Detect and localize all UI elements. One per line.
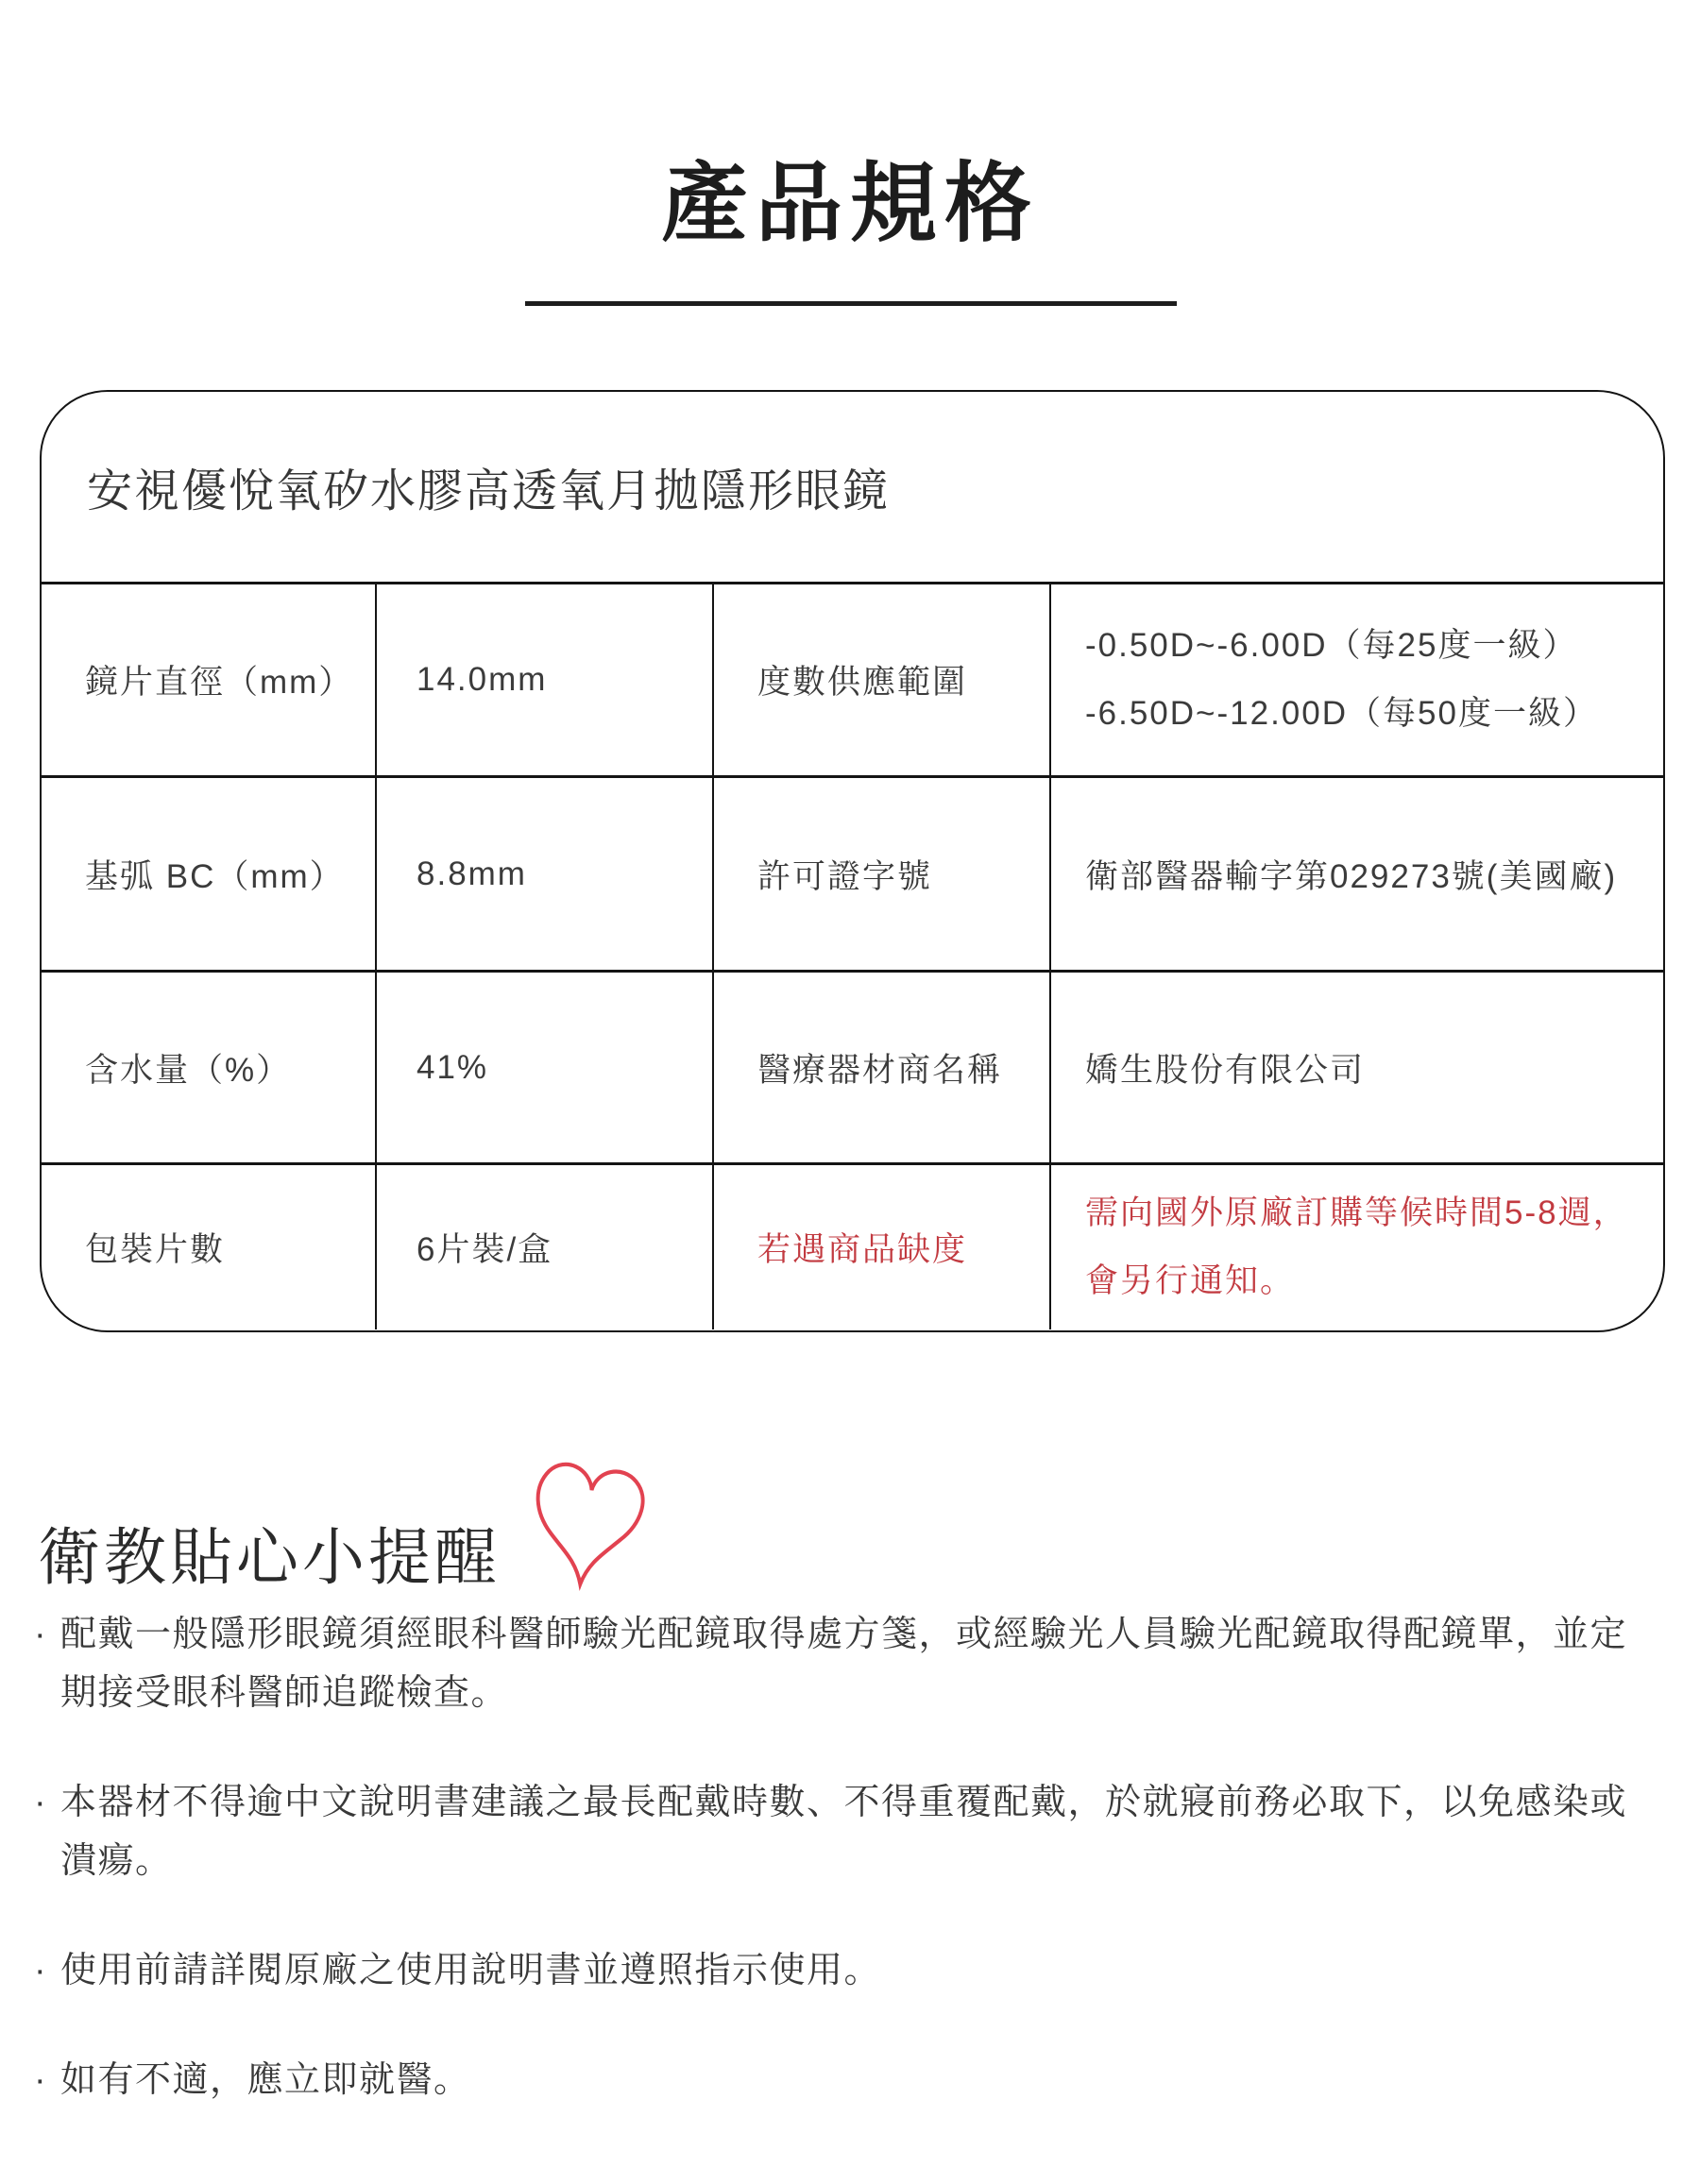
spec-value-power-range: -0.50D~-6.00D（每25度一級） -6.50D~-12.00D（每50… bbox=[1051, 584, 1663, 775]
product-spec-page: 產品規格 安視優悅氧矽水膠高透氧月拋隱形眼鏡 鏡片直徑（mm） 14.0mm 度… bbox=[0, 0, 1700, 2184]
tips-list: · 配戴一般隱形眼鏡須經眼科醫師驗光配鏡取得處方箋，或經驗光人員驗光配鏡取得配鏡… bbox=[34, 1605, 1640, 2160]
spec-table: 安視優悅氧矽水膠高透氧月拋隱形眼鏡 鏡片直徑（mm） 14.0mm 度數供應範圍… bbox=[40, 390, 1665, 1332]
list-item: · 本器材不得逾中文說明書建議之最長配戴時數、不得重覆配戴，於就寢前務必取下，以… bbox=[34, 1773, 1640, 1890]
power-range-line-1: -0.50D~-6.00D（每25度一級） bbox=[1085, 612, 1650, 680]
bullet-marker: · bbox=[34, 1773, 47, 1832]
spec-label-diameter: 鏡片直徑（mm） bbox=[42, 584, 377, 775]
list-item: · 配戴一般隱形眼鏡須經眼科醫師驗光配鏡取得處方箋，或經驗光人員驗光配鏡取得配鏡… bbox=[34, 1605, 1640, 1722]
spec-label-shortage: 若遇商品缺度 bbox=[714, 1165, 1051, 1329]
shortage-line-2: 會另行通知。 bbox=[1085, 1247, 1650, 1315]
spec-value-water-content: 41% bbox=[377, 973, 714, 1162]
tip-text-prescription: 配戴一般隱形眼鏡須經眼科醫師驗光配鏡取得處方箋，或經驗光人員驗光配鏡取得配鏡單，… bbox=[60, 1615, 1627, 1713]
bullet-marker: · bbox=[34, 2051, 47, 2109]
table-row: 基弧 BC（mm） 8.8mm 許可證字號 衛部醫器輸字第029273號(美國廠… bbox=[42, 778, 1663, 973]
spec-value-diameter: 14.0mm bbox=[377, 584, 714, 775]
bullet-marker: · bbox=[34, 1941, 47, 2000]
shortage-line-1: 需向國外原廠訂購等候時間5-8週， bbox=[1085, 1179, 1650, 1247]
spec-value-base-curve: 8.8mm bbox=[377, 778, 714, 970]
title-underline bbox=[525, 301, 1177, 306]
spec-label-base-curve: 基弧 BC（mm） bbox=[42, 778, 377, 970]
spec-value-shortage: 需向國外原廠訂購等候時間5-8週， 會另行通知。 bbox=[1051, 1165, 1663, 1329]
spec-value-license: 衛部醫器輸字第029273號(美國廠) bbox=[1051, 778, 1663, 970]
list-item: · 如有不適，應立即就醫。 bbox=[34, 2051, 1640, 2109]
heart-icon bbox=[507, 1440, 669, 1609]
table-row: 包裝片數 6片裝/盒 若遇商品缺度 需向國外原廠訂購等候時間5-8週， 會另行通… bbox=[42, 1165, 1663, 1329]
spec-label-pack-count: 包裝片數 bbox=[42, 1165, 377, 1329]
spec-label-power-range: 度數供應範圍 bbox=[714, 584, 1051, 775]
tip-text-read-manual: 使用前請詳閱原廠之使用說明書並遵照指示使用。 bbox=[60, 1951, 881, 1990]
table-row: 含水量（%） 41% 醫療器材商名稱 嬌生股份有限公司 bbox=[42, 973, 1663, 1165]
tip-text-see-doctor: 如有不適，應立即就醫。 bbox=[60, 2060, 471, 2100]
spec-value-pack-count: 6片裝/盒 bbox=[377, 1165, 714, 1329]
spec-label-license: 許可證字號 bbox=[714, 778, 1051, 970]
list-item: · 使用前請詳閱原廠之使用說明書並遵照指示使用。 bbox=[34, 1941, 1640, 2000]
tip-text-wearing-time: 本器材不得逾中文說明書建議之最長配戴時數、不得重覆配戴，於就寢前務必取下，以免感… bbox=[60, 1783, 1627, 1881]
spec-label-water-content: 含水量（%） bbox=[42, 973, 377, 1162]
table-row: 鏡片直徑（mm） 14.0mm 度數供應範圍 -0.50D~-6.00D（每25… bbox=[42, 584, 1663, 778]
spec-label-vendor: 醫療器材商名稱 bbox=[714, 973, 1051, 1162]
page-title: 產品規格 bbox=[0, 134, 1700, 259]
spec-value-vendor: 嬌生股份有限公司 bbox=[1051, 973, 1663, 1162]
power-range-line-2: -6.50D~-12.00D（每50度一級） bbox=[1085, 680, 1650, 748]
tips-heading: 衛教貼心小提醒 bbox=[38, 1507, 501, 1597]
bullet-marker: · bbox=[34, 1605, 47, 1664]
product-name: 安視優悅氧矽水膠高透氧月拋隱形眼鏡 bbox=[42, 392, 1663, 584]
